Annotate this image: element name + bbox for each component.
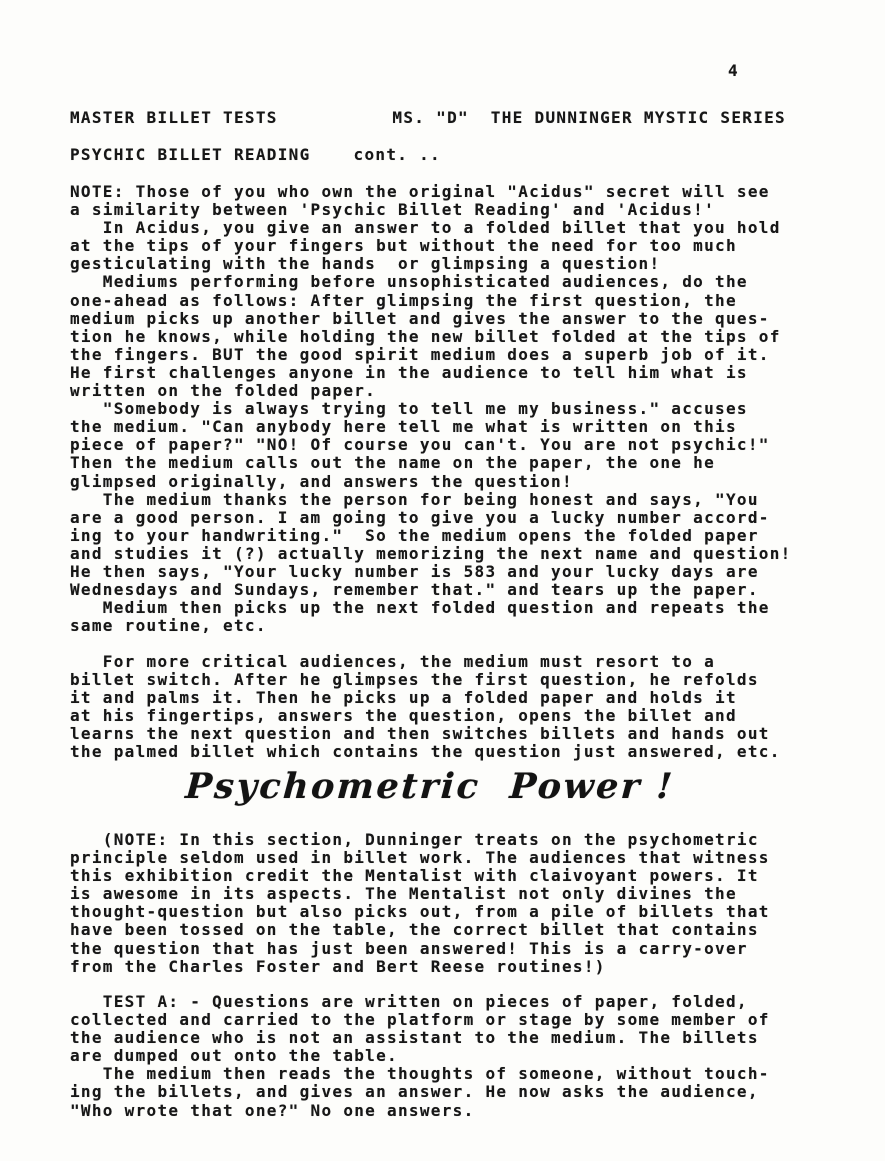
subheader-continued-label: cont. ..: [354, 146, 441, 164]
header-title-right: MS. "D" THE DUNNINGER MYSTIC SERIES: [392, 109, 786, 127]
scanned-document-page: 4 MASTER BILLET TESTS MS. "D" THE DUNNIN…: [0, 0, 885, 1161]
paragraph-psychometric-note: (NOTE: In this section, Dunninger treats…: [70, 831, 830, 976]
paragraph-note-acidus: NOTE: Those of you who own the original …: [70, 183, 830, 635]
section-subheader: PSYCHIC BILLET READING cont. ..: [70, 146, 441, 164]
page-number: 4: [728, 62, 739, 80]
subheader-title: PSYCHIC BILLET READING: [70, 146, 311, 164]
page-header: MASTER BILLET TESTS MS. "D" THE DUNNINGE…: [70, 109, 786, 127]
paragraph-billet-switch: For more critical audiences, the medium …: [70, 653, 830, 762]
header-title-left: MASTER BILLET TESTS: [70, 109, 278, 127]
section-heading-psychometric-power: Psychometric Power !: [69, 766, 792, 807]
paragraph-test-a: TEST A: - Questions are written on piece…: [70, 993, 830, 1120]
